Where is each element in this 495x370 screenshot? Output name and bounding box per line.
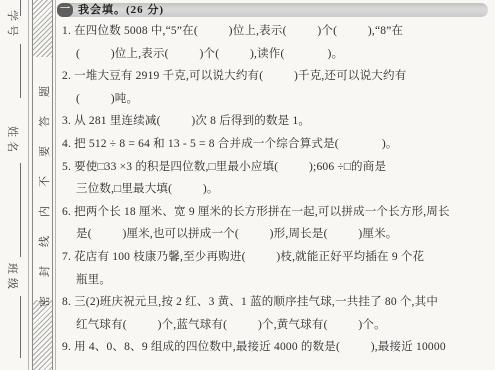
question-6-line-1: 6. 把两个长 18 厘米、宽 9 厘米的长方形拼在一起,可以拼成一个长方形,周… [62,201,495,224]
student-id-label: 学号 [5,10,21,40]
question-2-line-1: 2. 一堆大豆有 2919 千克,可以说大约有( )千克,还可以说大约有 [62,65,495,88]
section-title: 我会填。(26 分) [78,3,164,17]
questions-area: 1. 在四位数 5008 中,“5”在( )位上,表示( )个( ),“8”在 … [62,20,495,359]
question-8-line-1: 8. 三(2)班庆祝元旦,按 2 红、3 黄、1 蓝的顺序挂气球,一共挂了 80… [62,291,495,314]
seal-border-line [28,0,29,370]
question-9-line-1: 9. 用 4、0、8、9 组成的四位数中,最接近 4000 的数是( ),最接近… [62,336,495,359]
question-7-line-1: 7. 花店有 100 枝康乃馨,至少再购进( )枝,就能正好平均插在 9 个花 [62,246,495,269]
section-header-bar: 一 我会填。(26 分) [57,3,488,17]
question-7-line-2: 瓶里。 [62,269,495,292]
exam-paper-page: { "margin": { "fields": [ {"label": "学号"… [0,0,495,370]
question-5-line-1: 5. 要使□33 ×3 的积是四位数,□里最小应填( );606 ÷□的商是 [62,156,495,179]
question-1-line-2: ( )位上,表示( )个( ),读作( )。 [62,43,495,66]
seal-border-line [52,0,53,370]
seal-hatch-bottom [33,300,52,370]
write-line [20,296,21,358]
seal-hatch-top [33,0,52,57]
question-4-line-1: 4. 把 512 ÷ 8 = 64 和 13 - 5 = 8 合并成一个综合算式… [62,133,495,156]
write-line [20,163,21,257]
seal-warning-text: 密封线内不要答题 [36,67,52,307]
seal-border-line [55,0,56,370]
question-1-line-1: 1. 在四位数 5008 中,“5”在( )位上,表示( )个( ),“8”在 [62,20,495,43]
question-5-line-2: 三位数,□里最大填( )。 [62,178,495,201]
question-8-line-2: 红气球有( )个,蓝气球有( )个,黄气球有( )个。 [62,314,495,337]
question-3-line-1: 3. 从 281 里连续减( )次 8 后得到的数是 1。 [62,110,495,133]
student-name-label: 姓名 [5,126,21,156]
section-number-badge: 一 [57,3,73,17]
write-line [20,0,21,16]
class-label: 班级 [5,263,21,293]
question-2-line-2: ( )吨。 [62,88,495,111]
question-6-line-2: 是( )厘米,也可以拼成一个( )形,周长是( )厘米。 [62,223,495,246]
write-line [20,44,21,98]
